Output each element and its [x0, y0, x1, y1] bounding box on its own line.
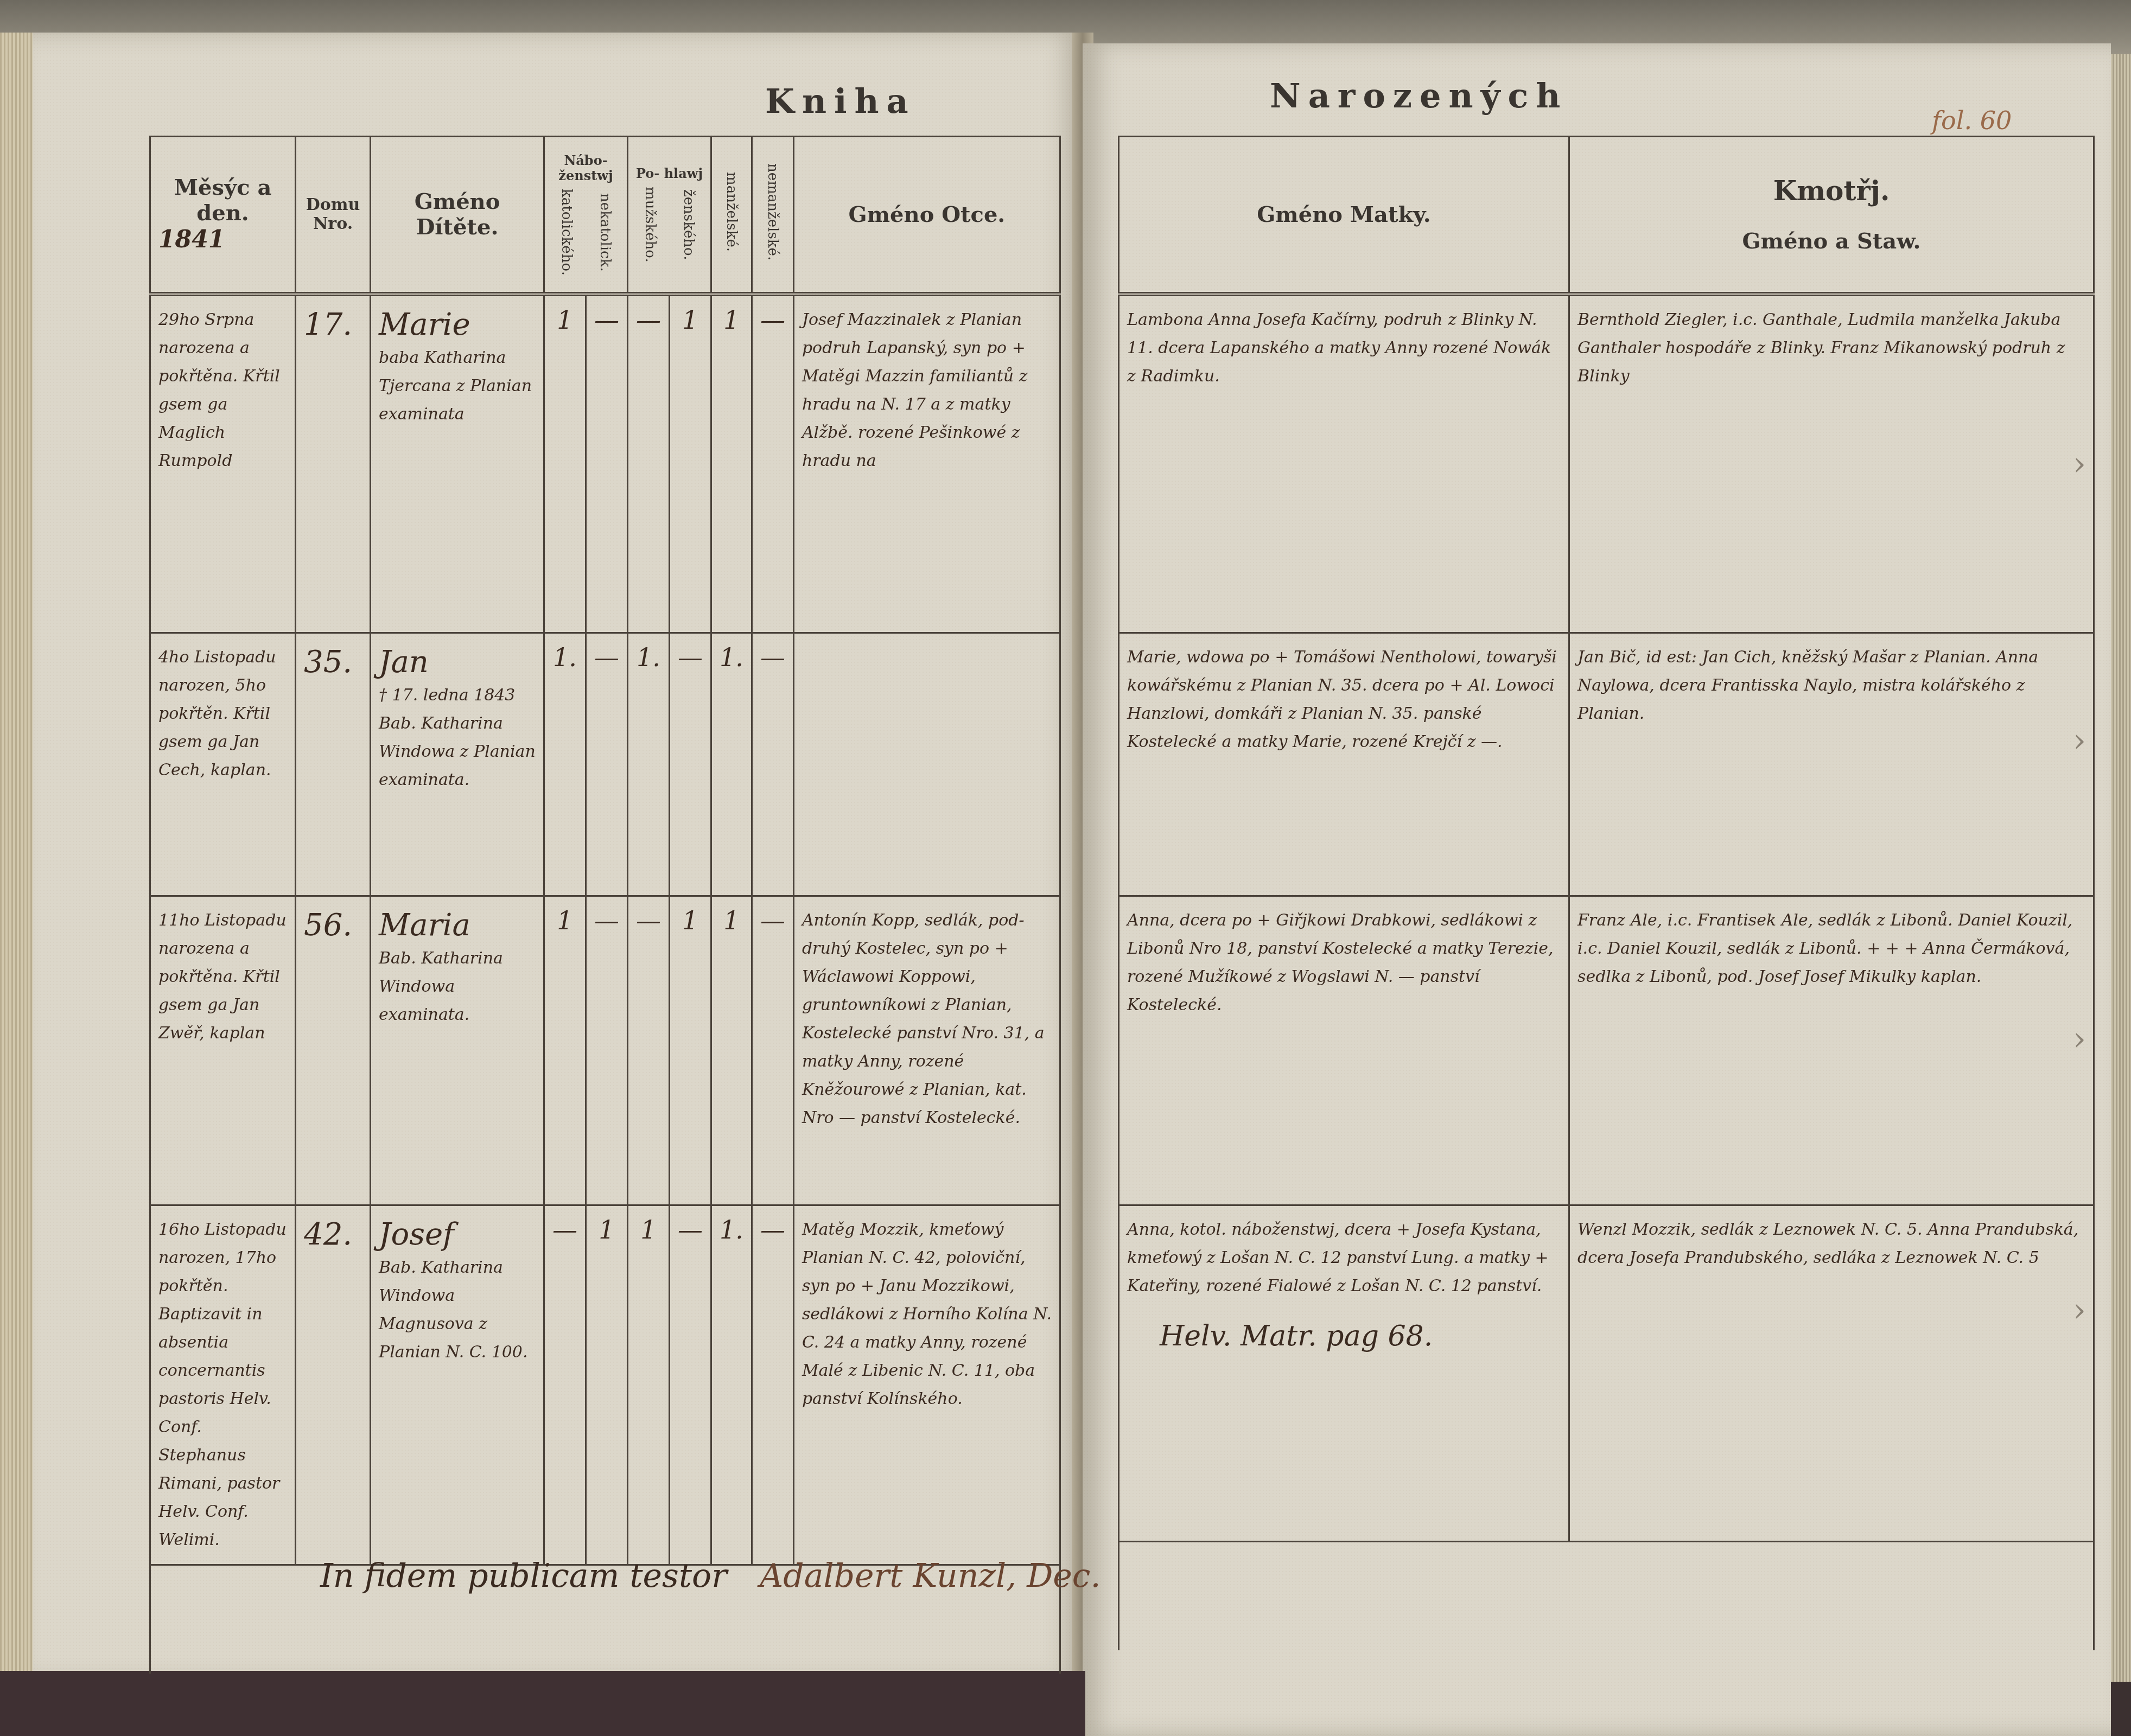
attestation-text: In fidem publicam testor	[320, 1557, 727, 1595]
mark-catholic: —	[544, 1205, 586, 1565]
entry-mother-cell: Anna, kotol. náboženstwj, dcera + Josefa…	[1119, 1205, 1569, 1542]
entry-mother: Lambona Anna Josefa Kačírny, podruh z Bl…	[1119, 294, 1569, 633]
entry-child: Marie baba Katharina Tjercana z Planian …	[371, 294, 544, 633]
header-sex-label: Po- hlawj	[631, 166, 708, 181]
entry-house: 56.	[296, 896, 371, 1205]
folio-number: fol. 60	[1932, 106, 2012, 135]
header-religion-label: Nábo- ženstwj	[547, 153, 625, 183]
margin-tick-icon: ›	[2073, 722, 2086, 759]
mark-female: 1	[670, 896, 711, 1205]
mark-illegitimate: —	[752, 1205, 793, 1565]
entry-godparents: Franz Ale, i.c. Frantisek Ale, sedlák z …	[1569, 896, 2094, 1205]
entry-child: Josef Bab. Katharina Windowa Magnusova z…	[371, 1205, 544, 1565]
margin-tick-icon: ›	[2073, 445, 2086, 483]
midwife-note: Bab. Katharina Windowa z Planian examina…	[379, 710, 536, 794]
header-godparents-title: Kmotřj.	[1577, 175, 2085, 207]
header-godparents: Kmotřj. Gméno a Staw.	[1569, 137, 2094, 294]
child-name: Jan	[379, 643, 536, 681]
entry-godparents: Wenzl Mozzik, sedlák z Leznowek N. C. 5.…	[1569, 1205, 2094, 1542]
table-row: Marie, wdowa po + Tomášowi Nentholowi, t…	[1119, 633, 2094, 896]
dean-signature: Adalbert Kunzl, Dec.	[760, 1557, 1101, 1595]
mark-illegitimate: —	[752, 294, 793, 633]
entry-house: 17.	[296, 294, 371, 633]
table-row: Lambona Anna Josefa Kačírny, podruh z Bl…	[1119, 294, 2094, 633]
header-illegitimate-label: nemanželské.	[765, 163, 781, 260]
child-name: Marie	[379, 306, 536, 344]
entry-house: 35.	[296, 633, 371, 896]
header-legitimate: manželské.	[711, 137, 752, 294]
year-label: 1841	[158, 226, 287, 254]
entry-godparents: Jan Bič, id est: Jan Cich, kněžský Mašar…	[1569, 633, 2094, 896]
mark-catholic: 1.	[544, 633, 586, 896]
midwife-note: Bab. Katharina Windowa Magnusova z Plani…	[379, 1254, 536, 1367]
mark-catholic: 1	[544, 896, 586, 1205]
child-note: baba Katharina Tjercana z Planian examin…	[379, 344, 536, 429]
entry-godparents: Bernthold Ziegler, i.c. Ganthale, Ludmil…	[1569, 294, 2094, 633]
mark-noncatholic: 1	[586, 1205, 628, 1565]
table-row: Anna, dcera po + Giřjkowi Drabkowi, sedl…	[1119, 896, 2094, 1205]
title-right: Narozených	[1270, 76, 1568, 116]
entry-date: 29ho Srpna narozena a pokřtěna. Křtil gs…	[150, 294, 296, 633]
register-table-right: Gméno Matky. Kmotřj. Gméno a Staw. Lambo…	[1118, 136, 2095, 1650]
mark-male: —	[628, 294, 670, 633]
mark-legitimate: 1	[711, 896, 752, 1205]
child-death-note: † 17. ledna 1843	[379, 681, 536, 710]
mark-illegitimate: —	[752, 633, 793, 896]
header-row: Měsýc a den. 1841 Domu Nro. Gméno Dítěte…	[150, 137, 1060, 294]
entry-father: Josef Mazzinalek z Planian podruh Lapans…	[793, 294, 1060, 633]
mark-male: 1	[628, 1205, 670, 1565]
entry-father: Antonín Kopp, sedlák, pod-druhý Kostelec…	[793, 896, 1060, 1205]
header-catholic: katolického.	[558, 189, 575, 276]
entry-father	[793, 633, 1060, 896]
header-house: Domu Nro.	[296, 137, 371, 294]
header-male: mužského.	[642, 187, 658, 263]
mark-noncatholic: —	[586, 294, 628, 633]
table-row: 4ho Listopadu narozen, 5ho pokřtěn. Křti…	[150, 633, 1060, 896]
mark-noncatholic: —	[586, 896, 628, 1205]
header-godparents-sub: Gméno a Staw.	[1577, 228, 2085, 254]
book-cover-bottom	[0, 1671, 1085, 1736]
margin-tick-icon: ›	[2073, 1020, 2086, 1058]
entry-mother: Anna, kotol. náboženstwj, dcera + Josefa…	[1127, 1216, 1561, 1300]
entry-mother: Anna, dcera po + Giřjkowi Drabkowi, sedl…	[1119, 896, 1569, 1205]
mark-catholic: 1	[544, 294, 586, 633]
header-month-day: Měsýc a den. 1841	[150, 137, 296, 294]
table-row: Anna, kotol. náboženstwj, dcera + Josefa…	[1119, 1205, 2094, 1542]
entry-house: 42.	[296, 1205, 371, 1565]
mark-noncatholic: —	[586, 633, 628, 896]
title-left: Kniha	[765, 81, 916, 121]
header-mother-name: Gméno Matky.	[1119, 137, 1569, 294]
mark-illegitimate: —	[752, 896, 793, 1205]
page-edges-right	[2109, 54, 2131, 1682]
mark-legitimate: 1.	[711, 1205, 752, 1565]
child-name: Maria	[379, 907, 536, 944]
entry-father: Matěg Mozzik, kmeťowý Planian N. C. 42, …	[793, 1205, 1060, 1565]
footer-row	[1119, 1542, 2094, 1650]
header-female: ženského.	[680, 187, 697, 263]
header-noncatholic: nekatolick.	[597, 189, 613, 276]
entry-date: 11ho Listopadu narozena a pokřtěna. Křti…	[150, 896, 296, 1205]
midwife-note: Bab. Katharina Windowa examinata.	[379, 944, 536, 1029]
header-month-day-label: Měsýc a den.	[158, 175, 287, 226]
header-row: Gméno Matky. Kmotřj. Gméno a Staw.	[1119, 137, 2094, 294]
mark-legitimate: 1.	[711, 633, 752, 896]
header-father-name: Gméno Otce.	[793, 137, 1060, 294]
entry-child: Maria Bab. Katharina Windowa examinata.	[371, 896, 544, 1205]
child-name: Josef	[379, 1216, 536, 1254]
entry-date: 4ho Listopadu narozen, 5ho pokřtěn. Křti…	[150, 633, 296, 896]
table-row: 16ho Listopadu narozen, 17ho pokřtěn. Ba…	[150, 1205, 1060, 1565]
footer-cell	[1119, 1542, 2094, 1650]
entry-child: Jan † 17. ledna 1843 Bab. Katharina Wind…	[371, 633, 544, 896]
mark-legitimate: 1	[711, 294, 752, 633]
table-row: 11ho Listopadu narozena a pokřtěna. Křti…	[150, 896, 1060, 1205]
register-table-left: Měsýc a den. 1841 Domu Nro. Gméno Dítěte…	[149, 136, 1061, 1674]
margin-tick-icon: ›	[2073, 1291, 2086, 1329]
mark-female: 1	[670, 294, 711, 633]
header-legitimate-label: manželské.	[723, 172, 740, 252]
mark-male: 1.	[628, 633, 670, 896]
entry-date: 16ho Listopadu narozen, 17ho pokřtěn. Ba…	[150, 1205, 296, 1565]
header-religion: Nábo- ženstwj katolického. nekatolick.	[544, 137, 628, 294]
mark-male: —	[628, 896, 670, 1205]
mark-female: —	[670, 1205, 711, 1565]
entry-mother: Marie, wdowa po + Tomášowi Nentholowi, t…	[1119, 633, 1569, 896]
table-row: 29ho Srpna narozena a pokřtěna. Křtil gs…	[150, 294, 1060, 633]
header-child-name: Gméno Dítěte.	[371, 137, 544, 294]
header-illegitimate: nemanželské.	[752, 137, 793, 294]
header-sex: Po- hlawj mužského. ženského.	[628, 137, 711, 294]
mark-female: —	[670, 633, 711, 896]
matrika-reference: Helv. Matr. pag 68.	[1127, 1322, 1561, 1350]
